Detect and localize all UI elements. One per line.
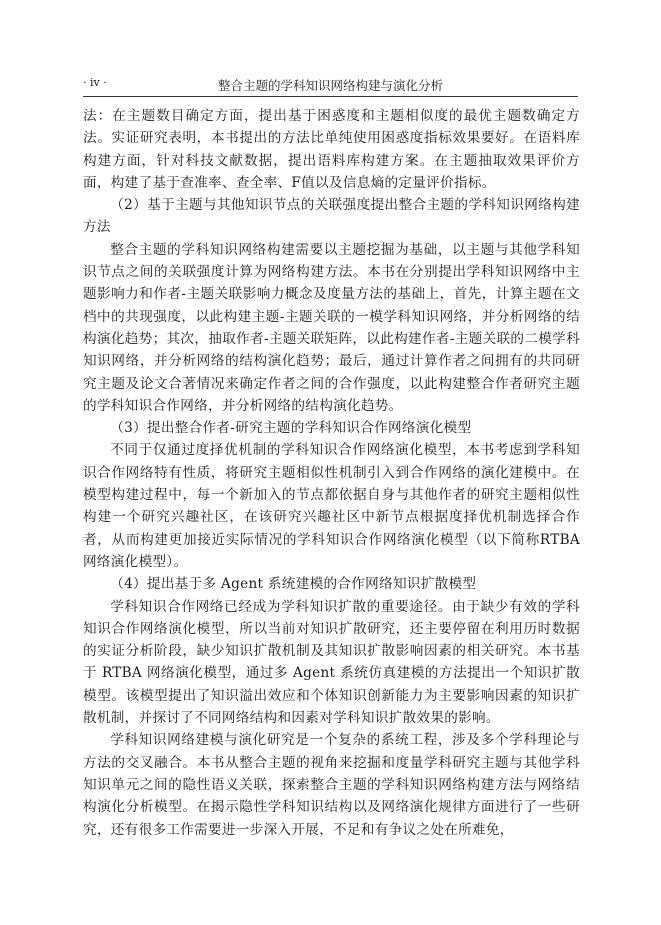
page-header: · iv · 整合主题的学科知识网络构建与演化分析 (83, 74, 578, 97)
section-heading-4: （4）提出基于多 Agent 系统建模的合作网络知识扩散模型 (83, 573, 580, 595)
paragraph: 整合主题的学科知识网络构建需要以主题挖掘为基础，以主题与其他学科知识节点之间的关… (83, 239, 580, 417)
section-heading-3: （3）提出整合作者-研究主题的学科知识合作网络演化模型 (83, 417, 580, 439)
paragraph: 法：在主题数目确定方面，提出基于困惑度和主题相似度的最优主题数确定方法。实证研究… (83, 105, 580, 194)
paragraph: 学科知识网络建模与演化研究是一个复杂的系统工程，涉及多个学科理论与方法的交叉融合… (83, 729, 580, 840)
paragraph: 不同于仅通过度择优机制的学科知识合作网络演化模型，本书考虑到学科知识合作网络特有… (83, 439, 580, 573)
running-title: 整合主题的学科知识网络构建与演化分析 (83, 76, 578, 94)
paragraph: 学科知识合作网络已经成为学科知识扩散的重要途径。由于缺少有效的学科知识合作网络演… (83, 596, 580, 730)
section-heading-2: （2）基于主题与其他知识节点的关联强度提出整合主题的学科知识网络构建方法 (83, 194, 580, 239)
body-text: 法：在主题数目确定方面，提出基于困惑度和主题相似度的最优主题数确定方法。实证研究… (83, 105, 580, 841)
